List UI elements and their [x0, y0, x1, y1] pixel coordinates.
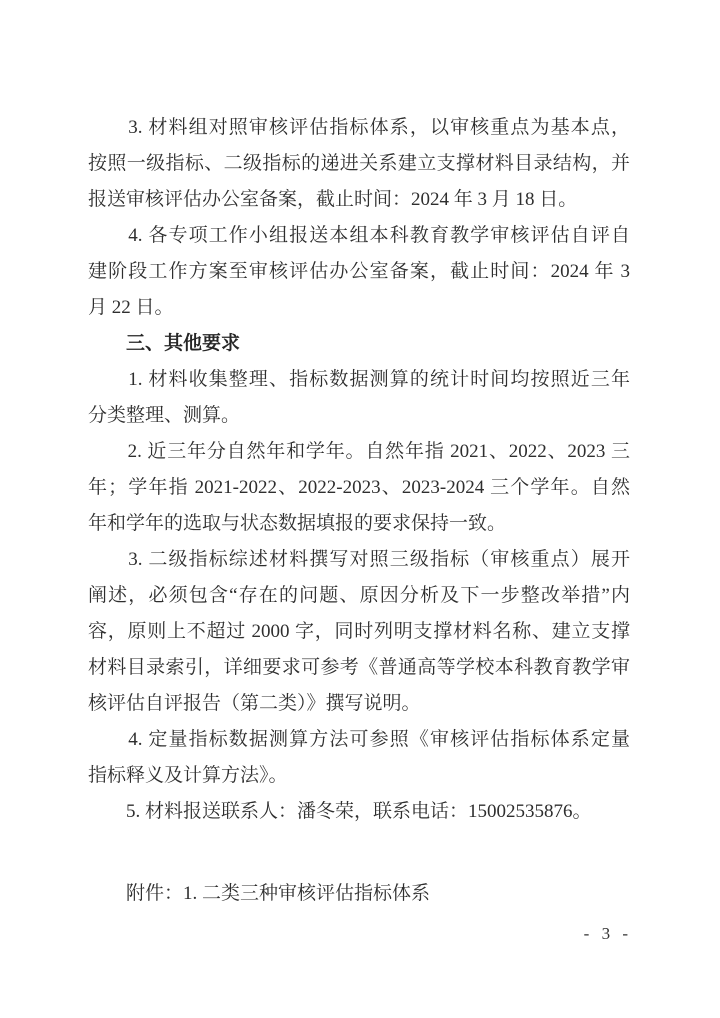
- document-body: 3. 材料组对照审核评估指标体系，以审核重点为基本点， 按照一级指标、二级指标的…: [88, 110, 630, 912]
- text-line: 4. 定量指标数据测算方法可参照《审核评估指标体系定量: [88, 722, 630, 758]
- paragraph-materials-group: 3. 材料组对照审核评估指标体系，以审核重点为基本点， 按照一级指标、二级指标的…: [88, 110, 630, 218]
- contact-line: 5. 材料报送联系人：潘冬荣，联系电话：15002535876。: [88, 794, 630, 830]
- page-number: - 3 -: [584, 922, 632, 946]
- paragraph-requirement-5-contact: 5. 材料报送联系人：潘冬荣，联系电话：15002535876。: [88, 794, 630, 830]
- text-line: 核评估自评报告（第二类）》撰写说明。: [88, 686, 630, 722]
- text-line: 按照一级指标、二级指标的递进关系建立支撑材料目录结构，并: [88, 146, 630, 182]
- text-line: 材料目录索引，详细要求可参考《普通高等学校本科教育教学审: [88, 650, 630, 686]
- section-heading-text: 三、其他要求: [88, 326, 630, 362]
- paragraph-requirement-3: 3. 二级指标综述材料撰写对照三级指标（审核重点）展开 阐述，必须包含“存在的问…: [88, 542, 630, 722]
- text-line: 2. 近三年分自然年和学年。自然年指 2021、2022、2023 三: [88, 434, 630, 470]
- text-line: 3. 二级指标综述材料撰写对照三级指标（审核重点）展开: [88, 542, 630, 578]
- text-line: 分类整理、测算。: [88, 398, 630, 434]
- text-line: 月 22 日。: [88, 290, 630, 326]
- paragraph-requirement-2: 2. 近三年分自然年和学年。自然年指 2021、2022、2023 三 年；学年…: [88, 434, 630, 542]
- attachment-line: 附件：1. 二类三种审核评估指标体系: [88, 876, 630, 912]
- text-line: 建阶段工作方案至审核评估办公室备案，截止时间：2024 年 3: [88, 254, 630, 290]
- text-line: 年；学年指 2021-2022、2022-2023、2023-2024 三个学年…: [88, 470, 630, 506]
- text-line: 4. 各专项工作小组报送本组本科教育教学审核评估自评自: [88, 218, 630, 254]
- text-line: 1. 材料收集整理、指标数据测算的统计时间均按照近三年: [88, 362, 630, 398]
- document-page: 3. 材料组对照审核评估指标体系，以审核重点为基本点， 按照一级指标、二级指标的…: [0, 0, 720, 1018]
- text-line: 报送审核评估办公室备案，截止时间：2024 年 3 月 18 日。: [88, 182, 630, 218]
- text-line: 3. 材料组对照审核评估指标体系，以审核重点为基本点，: [88, 110, 630, 146]
- text-line: 容，原则上不超过 2000 字，同时列明支撑材料名称、建立支撑: [88, 614, 630, 650]
- paragraph-requirement-4: 4. 定量指标数据测算方法可参照《审核评估指标体系定量 指标释义及计算方法》。: [88, 722, 630, 794]
- section-heading-other-requirements: 三、其他要求: [88, 326, 630, 362]
- text-line: 年和学年的选取与状态数据填报的要求保持一致。: [88, 506, 630, 542]
- paragraph-workgroups: 4. 各专项工作小组报送本组本科教育教学审核评估自评自 建阶段工作方案至审核评估…: [88, 218, 630, 326]
- text-line: 指标释义及计算方法》。: [88, 758, 630, 794]
- text-line: 阐述，必须包含“存在的问题、原因分析及下一步整改举措”内: [88, 578, 630, 614]
- paragraph-requirement-1: 1. 材料收集整理、指标数据测算的统计时间均按照近三年 分类整理、测算。: [88, 362, 630, 434]
- attachment-text: 附件：1. 二类三种审核评估指标体系: [88, 876, 630, 912]
